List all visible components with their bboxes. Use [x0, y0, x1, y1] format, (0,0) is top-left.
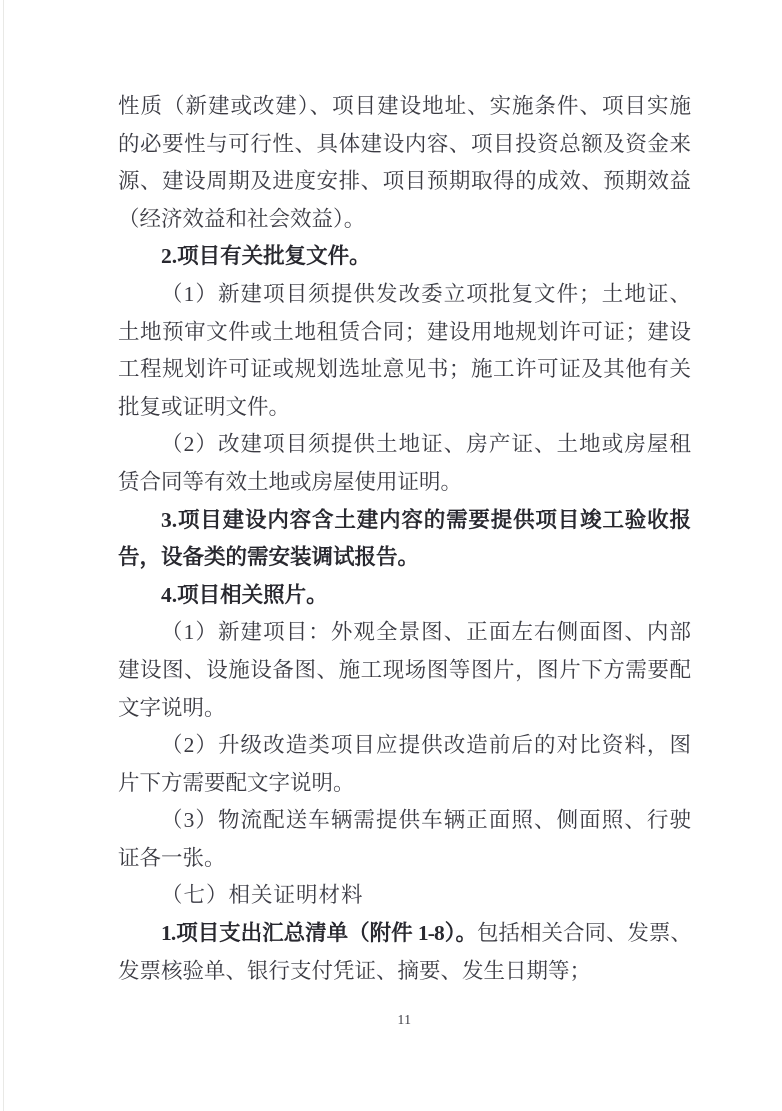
body-text: 片下方需要配文字说明。: [118, 771, 355, 795]
bold-text: 1.项目支出汇总清单（附件 1-8）。: [161, 921, 477, 945]
text-line: （1）新建项目：外观全景图、正面左右侧面图、内部: [118, 614, 691, 652]
body-text: （1）新建项目须提供发改委立项批复文件；土地证、: [161, 282, 691, 306]
page-left-edge: [3, 0, 4, 1111]
text-line: 3.项目建设内容含土建内容的需要提供项目竣工验收报: [118, 502, 691, 540]
text-line: 工程规划许可证或规划选址意见书；施工许可证及其他有关: [118, 351, 691, 389]
text-line: 的必要性与可行性、具体建设内容、项目投资总额及资金来: [118, 126, 691, 164]
text-line: 片下方需要配文字说明。: [118, 765, 691, 803]
text-line: 4.项目相关照片。: [118, 577, 691, 615]
body-text: 的必要性与可行性、具体建设内容、项目投资总额及资金来: [118, 132, 691, 156]
page-number: 11: [118, 1012, 691, 1028]
body-text: （3）物流配送车辆需提供车辆正面照、侧面照、行驶: [161, 808, 691, 832]
body-text: 建设图、设施设备图、施工现场图等图片，图片下方需要配: [118, 658, 691, 682]
text-line: （2）升级改造类项目应提供改造前后的对比资料，图: [118, 727, 691, 765]
heading-text: （七）相关证明材料: [161, 883, 364, 907]
body-text: 赁合同等有效土地或房屋使用证明。: [118, 470, 462, 494]
body-text: 性质（新建或改建）、项目建设地址、实施条件、项目实施: [118, 94, 691, 118]
text-line: （经济效益和社会效益）。: [118, 201, 691, 239]
text-line: （1）新建项目须提供发改委立项批复文件；土地证、: [118, 276, 691, 314]
text-line: （七）相关证明材料: [118, 877, 691, 915]
bold-text: 3.项目建设内容含土建内容的需要提供项目竣工验收报: [161, 508, 691, 532]
text-line: 2.项目有关批复文件。: [118, 238, 691, 276]
text-line: 批复或证明文件。: [118, 389, 691, 427]
document-body: 性质（新建或改建）、项目建设地址、实施条件、项目实施的必要性与可行性、具体建设内…: [118, 88, 691, 990]
text-line: （2）改建项目须提供土地证、房产证、土地或房屋租: [118, 426, 691, 464]
body-text: 包括相关合同、发票、: [477, 921, 691, 945]
text-line: 发票核验单、银行支付凭证、摘要、发生日期等；: [118, 953, 691, 991]
body-text: 发票核验单、银行支付凭证、摘要、发生日期等；: [118, 959, 591, 983]
body-text: 文字说明。: [118, 696, 226, 720]
text-line: 赁合同等有效土地或房屋使用证明。: [118, 464, 691, 502]
text-line: 证各一张。: [118, 840, 691, 878]
body-text: 批复或证明文件。: [118, 395, 290, 419]
text-line: 建设图、设施设备图、施工现场图等图片，图片下方需要配: [118, 652, 691, 690]
document-page: 性质（新建或改建）、项目建设地址、实施条件、项目实施的必要性与可行性、具体建设内…: [0, 0, 782, 1111]
body-text: 源、建设周期及进度安排、项目预期取得的成效、预期效益: [118, 169, 691, 193]
body-text: 工程规划许可证或规划选址意见书；施工许可证及其他有关: [118, 357, 691, 381]
text-line: 1.项目支出汇总清单（附件 1-8）。包括相关合同、发票、: [118, 915, 691, 953]
body-text: （经济效益和社会效益）。: [118, 207, 365, 231]
text-line: 文字说明。: [118, 690, 691, 728]
body-text: 土地预审文件或土地租赁合同；建设用地规划许可证；建设: [118, 320, 691, 344]
text-line: 源、建设周期及进度安排、项目预期取得的成效、预期效益: [118, 163, 691, 201]
body-text: （1）新建项目：外观全景图、正面左右侧面图、内部: [161, 620, 691, 644]
text-line: 性质（新建或改建）、项目建设地址、实施条件、项目实施: [118, 88, 691, 126]
body-text: （2）改建项目须提供土地证、房产证、土地或房屋租: [161, 432, 691, 456]
body-text: （2）升级改造类项目应提供改造前后的对比资料，图: [161, 733, 691, 757]
body-text: 证各一张。: [118, 846, 226, 870]
bold-text: 2.项目有关批复文件。: [161, 244, 371, 268]
bold-text: 告，设备类的需安装调试报告。: [118, 545, 419, 569]
text-line: 土地预审文件或土地租赁合同；建设用地规划许可证；建设: [118, 314, 691, 352]
text-line: 告，设备类的需安装调试报告。: [118, 539, 691, 577]
bold-text: 4.项目相关照片。: [161, 583, 328, 607]
text-line: （3）物流配送车辆需提供车辆正面照、侧面照、行驶: [118, 802, 691, 840]
